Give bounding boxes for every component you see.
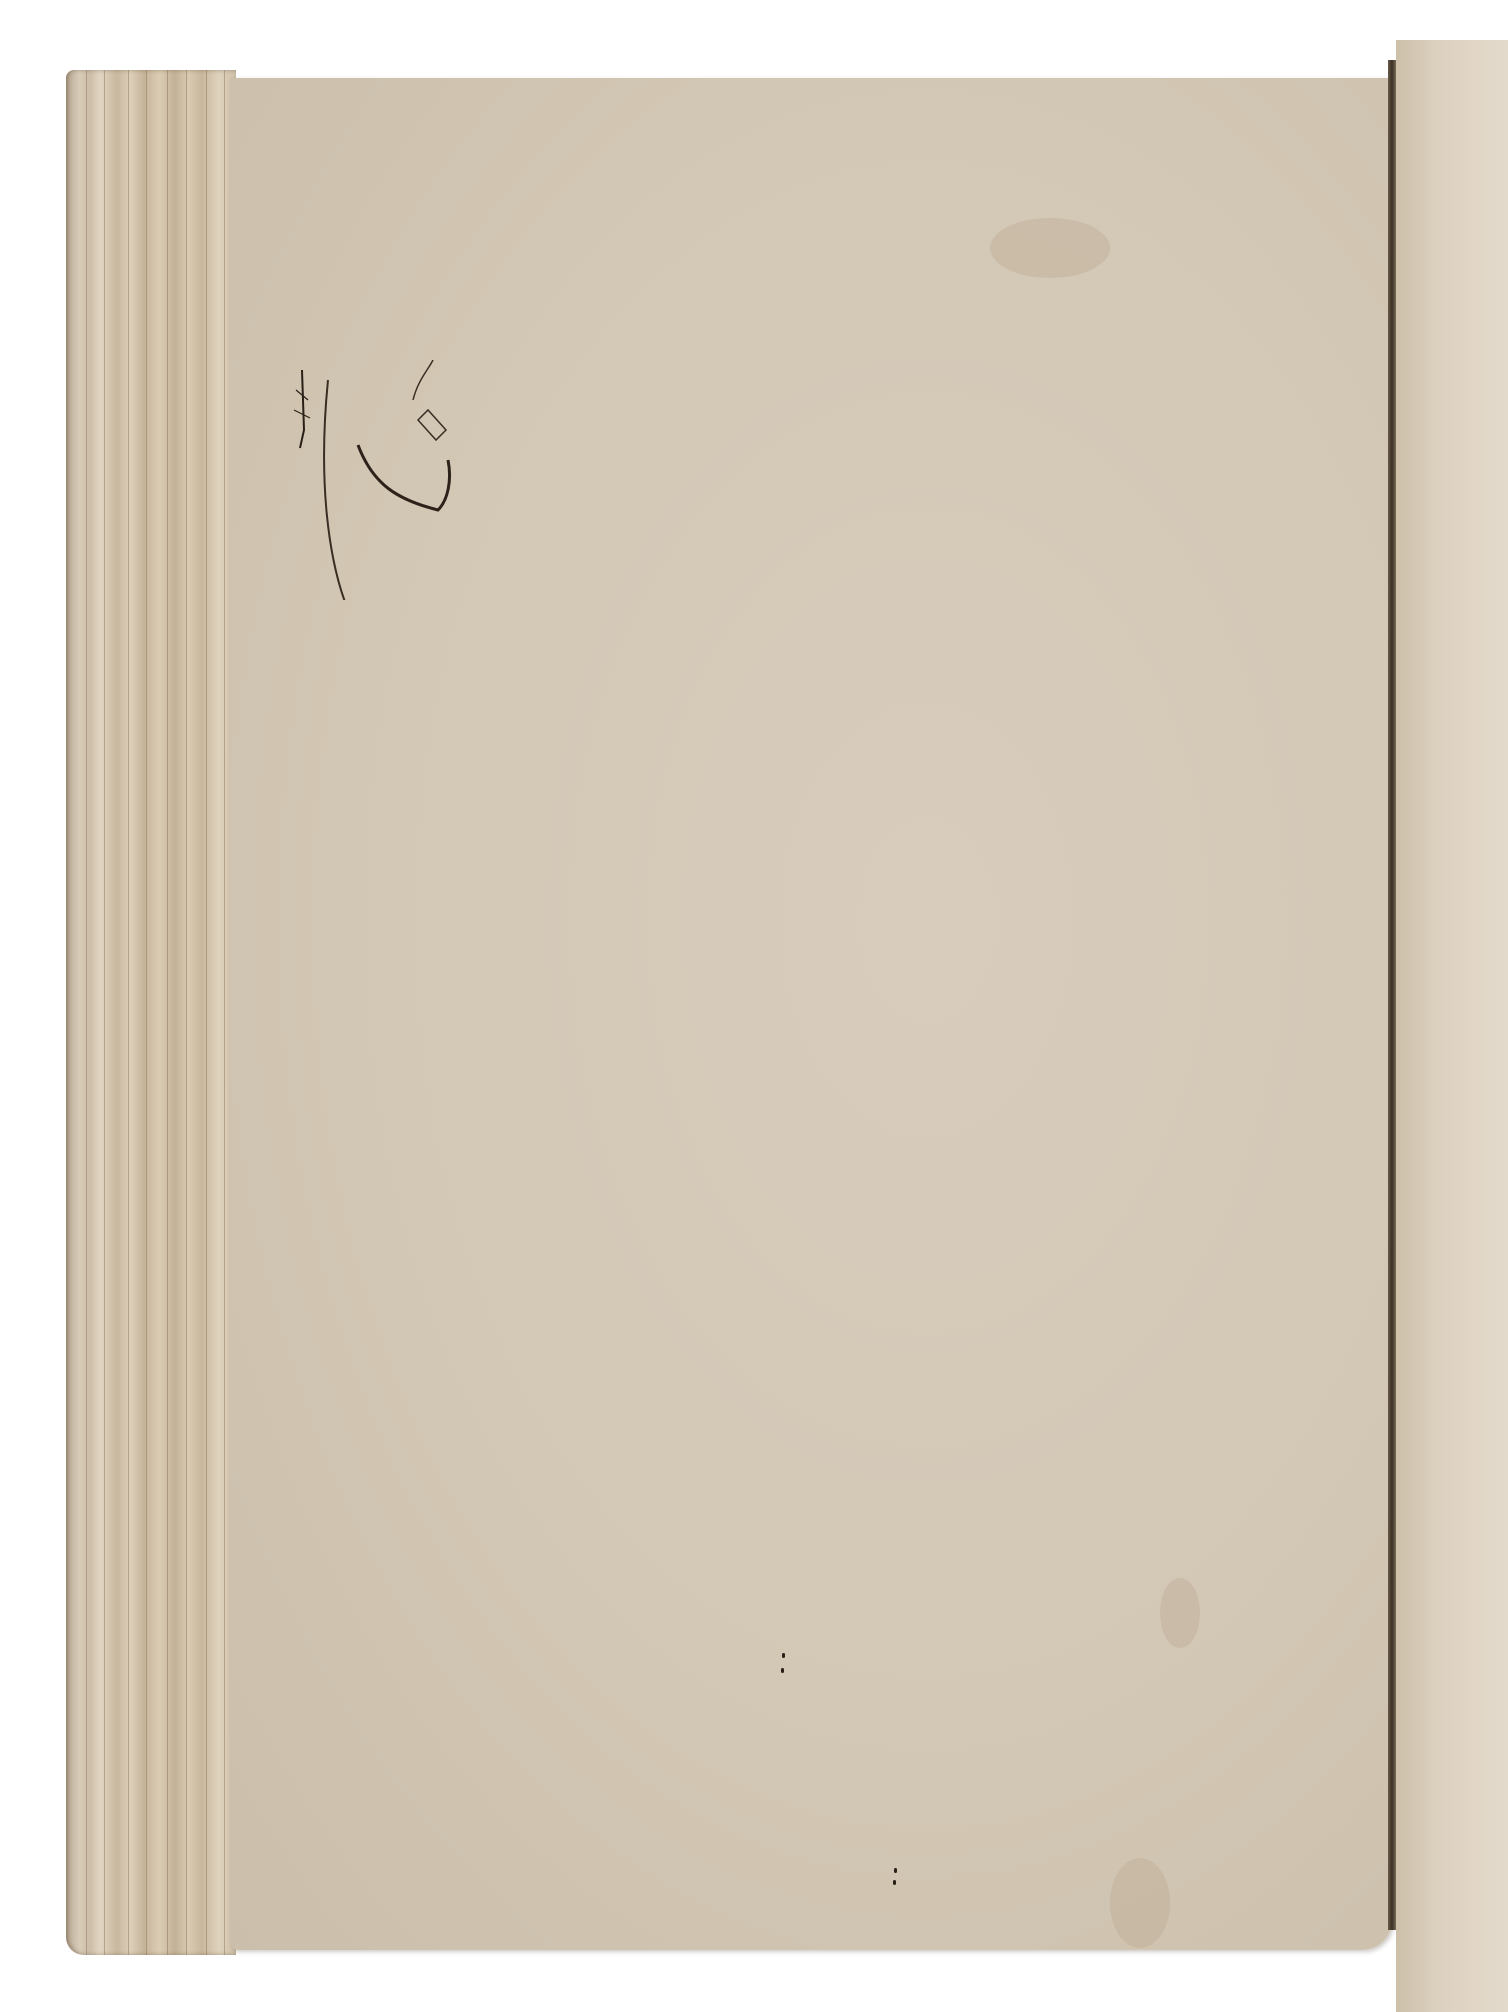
handwritten-margin-mark-icon <box>282 370 322 450</box>
book-gutter <box>1388 60 1396 1930</box>
ink-speck <box>893 1880 896 1885</box>
left-page <box>230 78 1392 1950</box>
ink-speck <box>782 1653 785 1658</box>
ink-speck <box>781 1668 784 1673</box>
facing-page <box>1396 40 1508 2012</box>
book-page-edges <box>66 70 236 1955</box>
ink-speck <box>894 1868 897 1873</box>
handwritten-margin-annotation-icon <box>318 360 468 600</box>
